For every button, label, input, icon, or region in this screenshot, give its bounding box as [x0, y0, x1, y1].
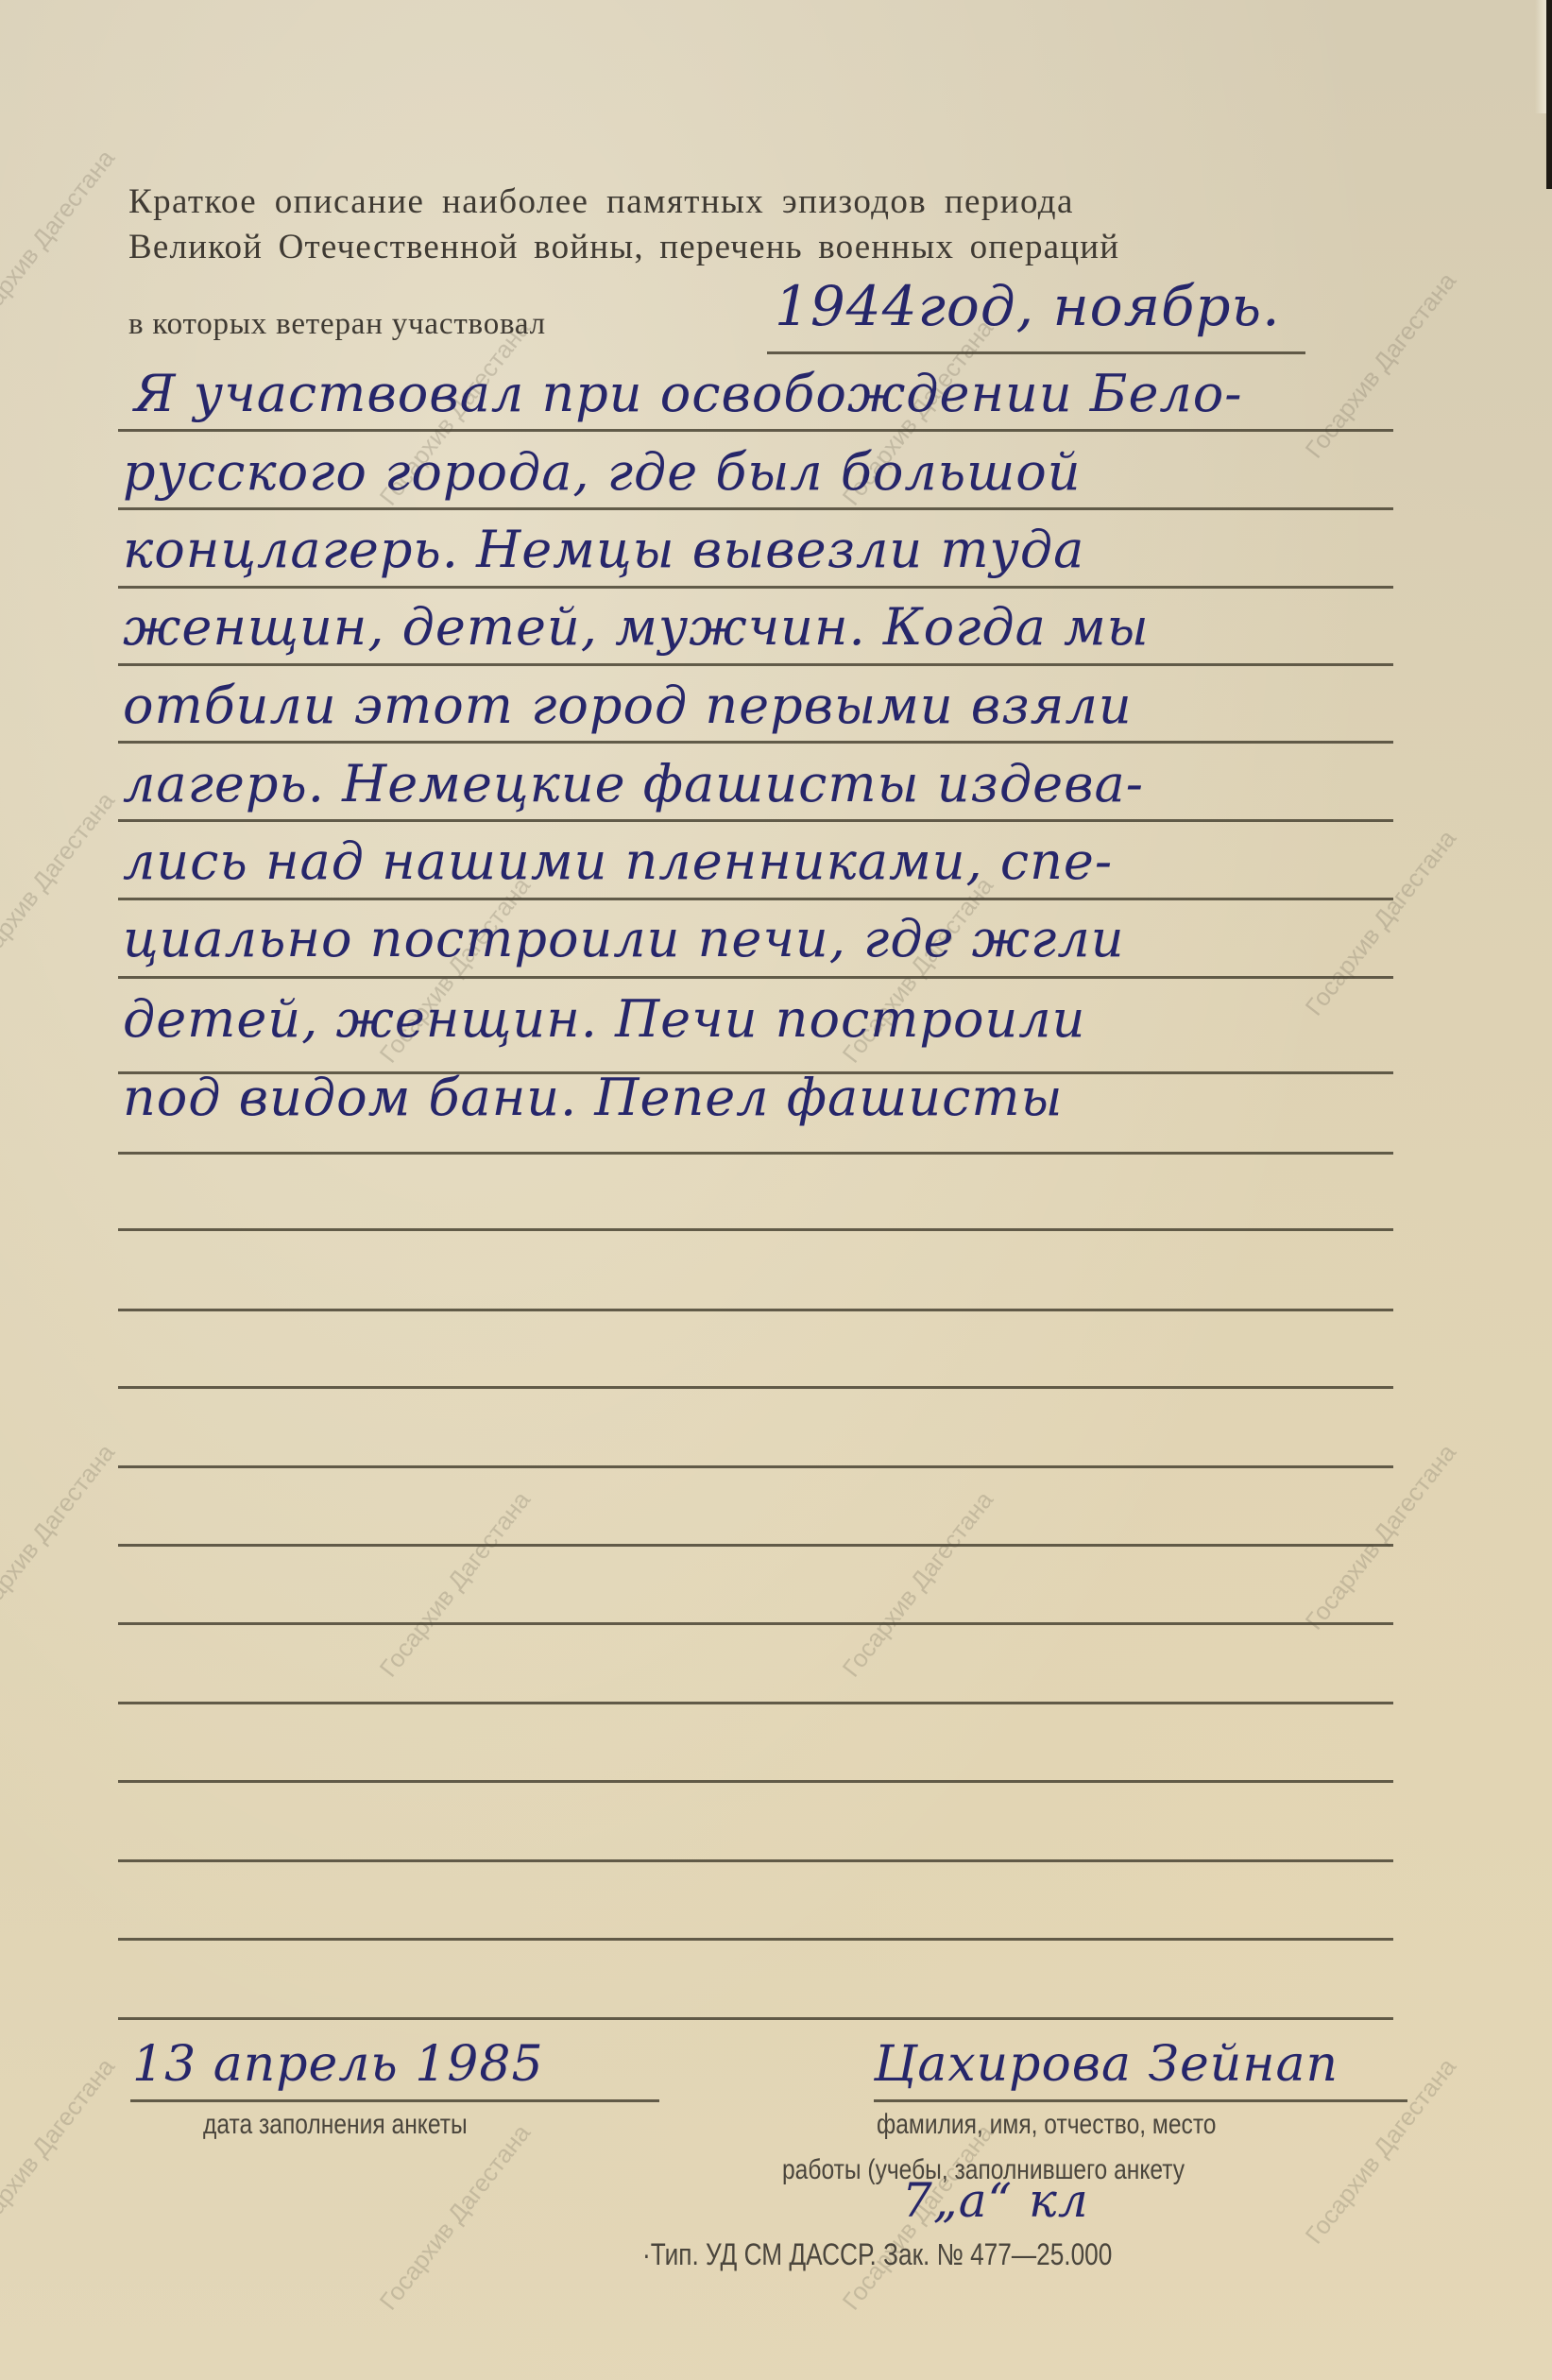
watermark: Госархив Дагестана: [1300, 267, 1462, 464]
ruled-line: [118, 898, 1393, 900]
printed-header-line-1: Краткое описание наиболее памятных эпизо…: [128, 181, 1074, 222]
empty-ruled-line: [118, 1309, 1393, 1311]
name-label-line-1: фамилия, имя, отчество, место: [877, 2109, 1216, 2141]
handwritten-line-5: отбили этот город первыми взяли: [123, 676, 1133, 735]
ruled-line: [118, 507, 1393, 510]
printed-header-line-3: в которых ветеран участвовал: [128, 307, 546, 342]
ruled-line: [118, 586, 1393, 589]
watermark: Госархив Дагестана: [374, 2119, 537, 2316]
printed-header-line-2: Великой Отечественной войны, перечень во…: [128, 227, 1119, 267]
handwritten-line-4: женщин, детей, мужчин. Когда мы: [123, 597, 1150, 657]
name-rule: [874, 2099, 1407, 2102]
answer-header-rule: [767, 351, 1305, 354]
watermark: Госархив Дагестана: [837, 1486, 999, 1683]
handwritten-line-1: Я участвовал при освобождении Бело-: [134, 364, 1243, 423]
handwritten-date: 13 апрель 1985: [132, 2036, 544, 2093]
watermark: Госархив Дагестана: [0, 145, 121, 341]
page-edge-shadow: [1546, 0, 1552, 189]
ruled-line: [118, 819, 1393, 822]
handwritten-class: 7„а“ кл: [902, 2173, 1089, 2228]
handwritten-line-6: лагерь. Немецкие фашисты издева-: [123, 754, 1144, 813]
handwritten-year-month: 1944год, ноябрь.: [775, 274, 1281, 338]
watermark: Госархив Дагестана: [0, 2053, 121, 2250]
handwritten-name: Цахирова Зейнап: [874, 2036, 1339, 2093]
handwritten-line-2: русского города, где был большой: [123, 442, 1082, 502]
date-label: дата заполнения анкеты: [203, 2109, 468, 2141]
empty-ruled-line: [118, 1622, 1393, 1625]
handwritten-line-8: циально построили печи, где жгли: [123, 909, 1125, 968]
empty-ruled-line: [118, 2017, 1393, 2020]
document-page: Госархив Дагестана Госархив Дагестана Го…: [0, 0, 1552, 2380]
page-edge-highlight: [1535, 0, 1546, 113]
ruled-line: [118, 976, 1393, 979]
handwritten-line-9: детей, женщин. Печи построили: [123, 989, 1085, 1049]
ruled-line: [118, 663, 1393, 666]
empty-ruled-line: [118, 1780, 1393, 1783]
empty-ruled-line: [118, 1228, 1393, 1231]
watermark: Госархив Дагестана: [0, 1439, 121, 1635]
empty-ruled-line: [118, 1702, 1393, 1704]
empty-ruled-line: [118, 1386, 1393, 1389]
handwritten-line-7: лись над нашими пленниками, спе-: [123, 831, 1113, 891]
empty-ruled-line: [118, 1465, 1393, 1468]
ruled-line: [118, 1152, 1393, 1155]
watermark: Госархив Дагестана: [0, 787, 121, 984]
empty-ruled-line: [118, 1859, 1393, 1862]
print-info: ·Тип. УД СМ ДАССР. Зак. № 477—25.000: [642, 2237, 1112, 2272]
handwritten-line-3: концлагерь. Немцы вывезли туда: [123, 520, 1084, 579]
watermark: Госархив Дагестана: [1300, 825, 1462, 1021]
date-rule: [130, 2099, 659, 2102]
empty-ruled-line: [118, 1544, 1393, 1547]
ruled-line: [118, 429, 1393, 432]
empty-ruled-line: [118, 1938, 1393, 1941]
watermark: Госархив Дагестана: [374, 1486, 537, 1683]
ruled-line: [118, 741, 1393, 744]
handwritten-line-10: под видом бани. Пепел фашисты: [123, 1068, 1064, 1127]
